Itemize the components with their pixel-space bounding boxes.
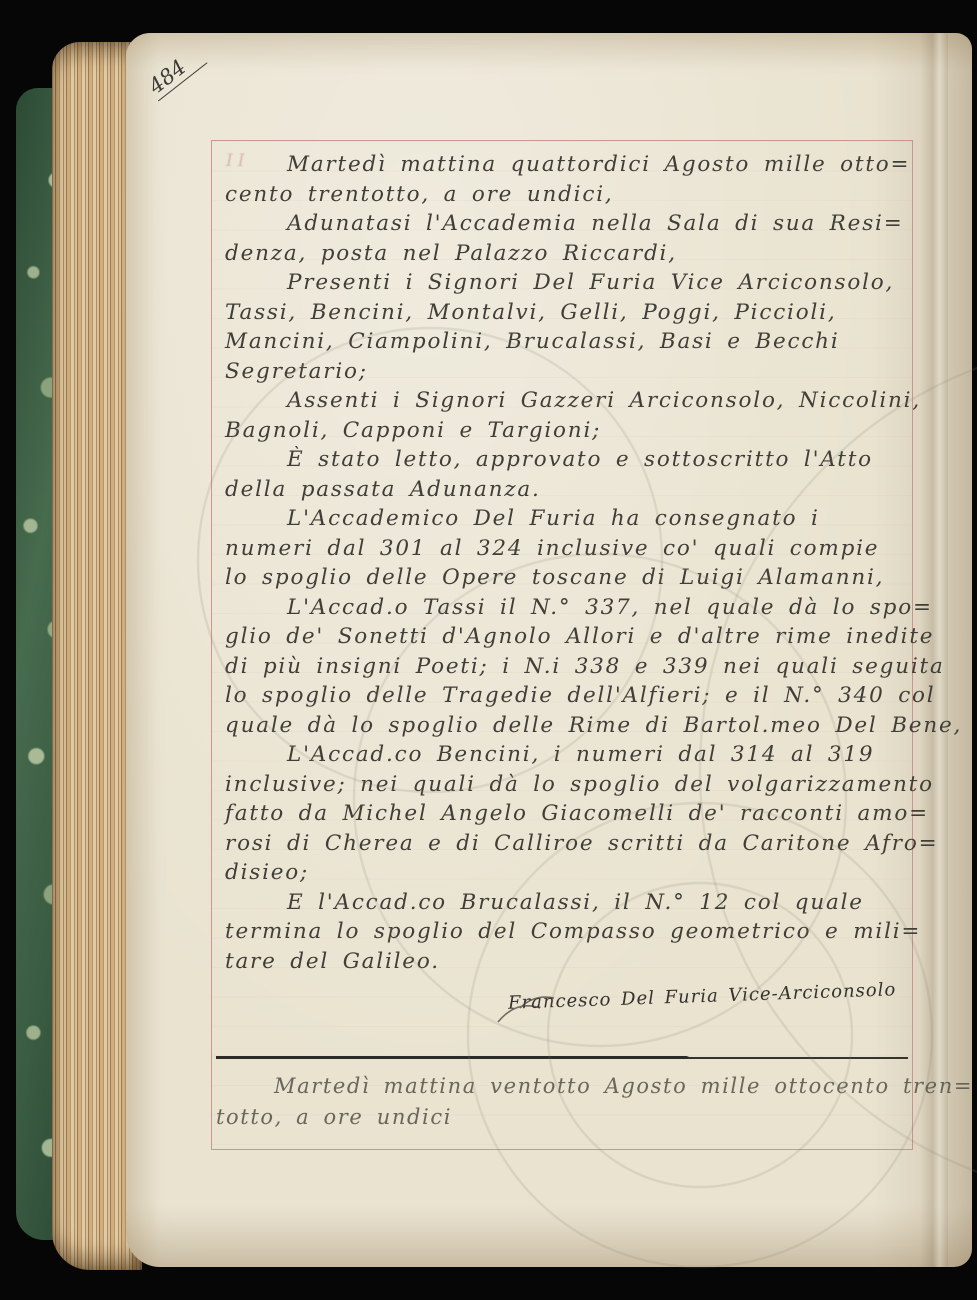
folio-number: 484 [143,43,208,102]
manuscript-line: lo spoglio delle Opere toscane di Luigi … [225,563,928,593]
manuscript-line: Adunatasi l'Accademia nella Sala di sua … [225,209,928,239]
minutes-entry-text: Martedì mattina quattordici Agosto mille… [225,150,928,976]
manuscript-line: della passata Adunanza. [225,475,928,505]
manuscript-line: totto, a ore undici [216,1102,922,1133]
manuscript-line: È stato letto, approvato e sottoscritto … [225,445,928,475]
manuscript-line: E l'Accad.co Brucalassi, il N.° 12 col q… [225,888,928,918]
manuscript-line: quale dà lo spoglio delle Rime di Bartol… [225,711,928,741]
manuscript-line: fatto da Michel Angelo Giacomelli de' ra… [225,799,928,829]
manuscript-line: numeri dal 301 al 324 inclusive co' qual… [225,534,928,564]
manuscript-line: Presenti i Signori Del Furia Vice Arcico… [225,268,928,298]
photograph-background: 484 II Martedì mattina quattordici Agost… [0,0,977,1300]
manuscript-line: rosi di Cherea e di Calliroe scritti da … [225,829,928,859]
next-entry-heading: Martedì mattina ventotto Agosto mille ot… [216,1071,922,1133]
manuscript-line: denza, posta nel Palazzo Riccardi, [225,239,928,269]
manuscript-line: cento trentotto, a ore undici, [225,180,928,210]
manuscript-line: disieo; [225,858,928,888]
manuscript-line: Martedì mattina quattordici Agosto mille… [225,150,928,180]
manuscript-line: glio de' Sonetti d'Agnolo Allori e d'alt… [225,622,928,652]
manuscript-line: Assenti i Signori Gazzeri Arciconsolo, N… [225,386,928,416]
manuscript-line: inclusive; nei quali dà lo spoglio del v… [225,770,928,800]
manuscript-page: 484 II Martedì mattina quattordici Agost… [126,33,972,1267]
manuscript-line: Segretario; [225,357,928,387]
manuscript-line: di più insigni Poeti; i N.i 338 e 339 ne… [225,652,928,682]
manuscript-line: lo spoglio delle Tragedie dell'Alfieri; … [225,681,928,711]
secretary-signature: Francesco Del Furia Vice-Arciconsolo [507,979,896,1014]
manuscript-line: L'Accademico Del Furia ha consegnato i [225,504,928,534]
manuscript-line: Martedì mattina ventotto Agosto mille ot… [216,1071,922,1102]
manuscript-line: Mancini, Ciampolini, Brucalassi, Basi e … [225,327,928,357]
manuscript-line: termina lo spoglio del Compasso geometri… [225,917,928,947]
manuscript-line: Tassi, Bencini, Montalvi, Gelli, Poggi, … [225,298,928,328]
manuscript-line: tare del Galileo. [225,947,928,977]
manuscript-line: L'Accad.o Tassi il N.° 337, nel quale dà… [225,593,928,623]
red-ruled-frame: II Martedì mattina quattordici Agosto mi… [211,140,913,1150]
manuscript-line: L'Accad.co Bencini, i numeri dal 314 al … [225,740,928,770]
entry-divider-rule [216,1056,908,1059]
manuscript-line: Bagnoli, Capponi e Targioni; [225,416,928,446]
